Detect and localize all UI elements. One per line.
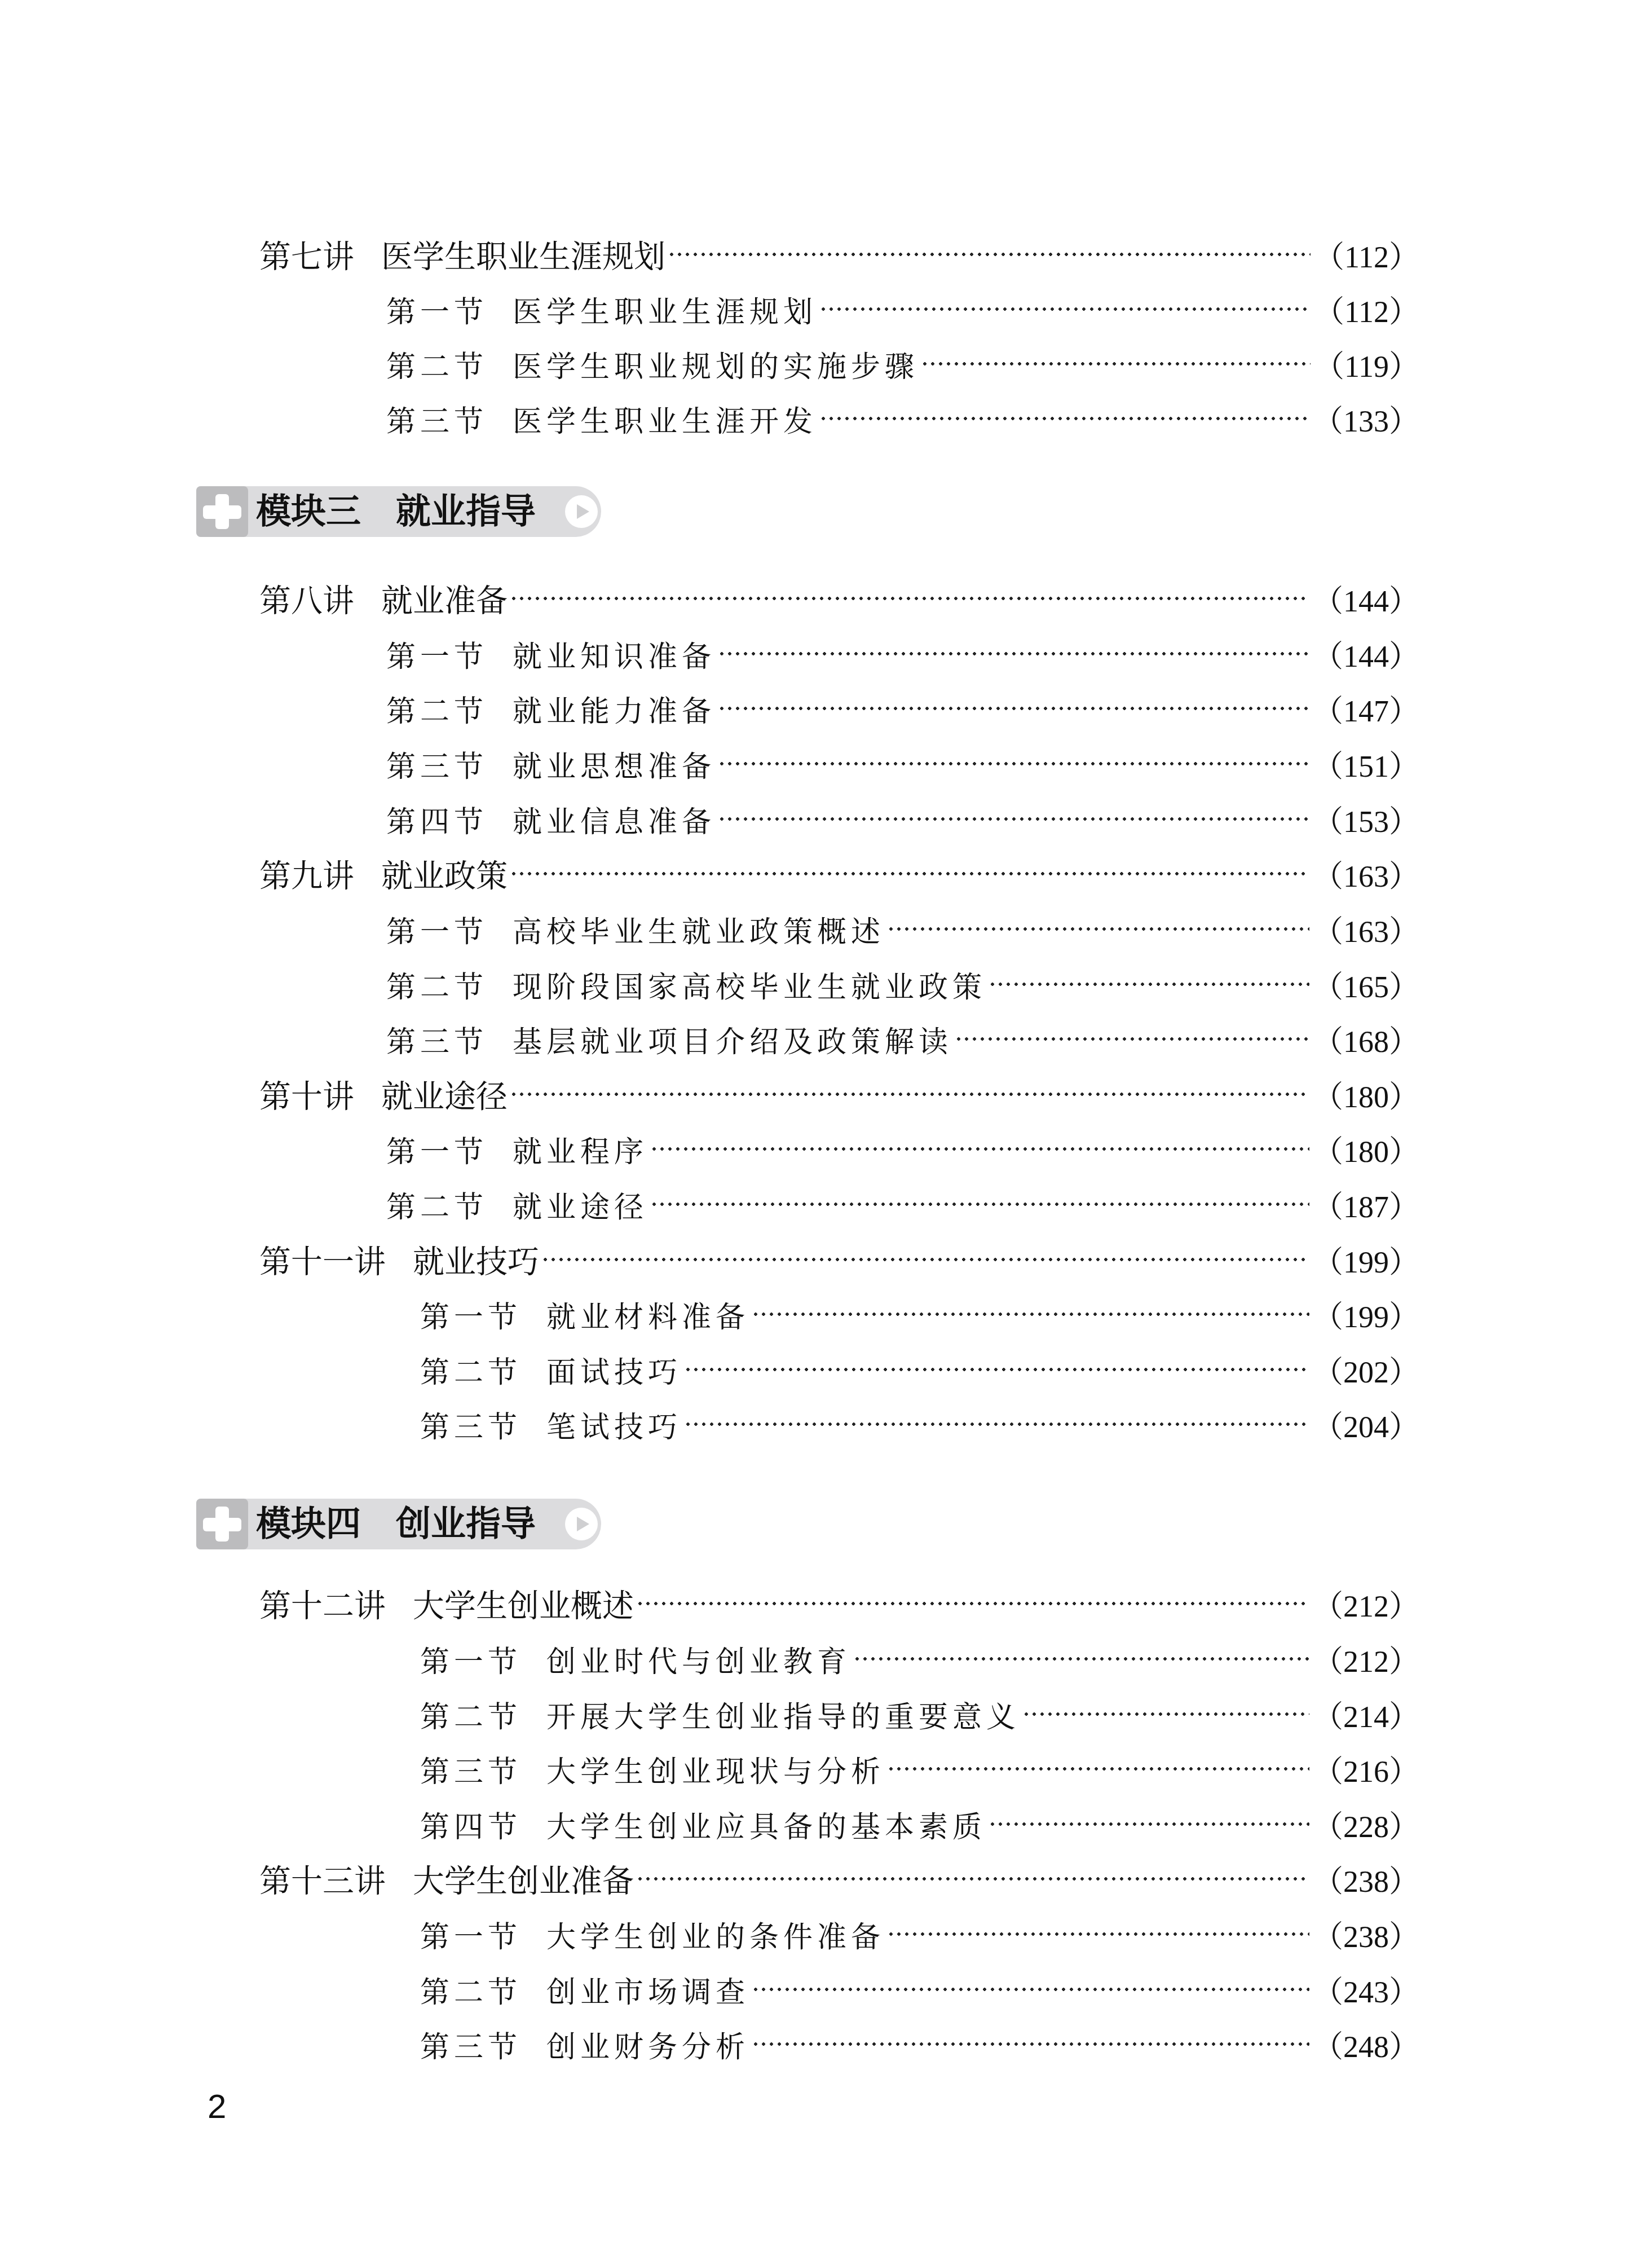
section-title: 第二节创业市场调查 xyxy=(420,1968,749,2011)
toc-entry-section[interactable]: 第二节就业能力准备（147） xyxy=(0,686,1628,731)
page-ref: （228） xyxy=(1313,1803,1419,1846)
section-name: 医学生职业生涯规划 xyxy=(513,296,817,329)
section-number: 第二节 xyxy=(386,350,488,384)
page-ref: （216） xyxy=(1313,1747,1419,1791)
section-name: 就业途径 xyxy=(513,1191,648,1225)
chapter-number: 第八讲 xyxy=(259,583,354,619)
section-number: 第一节 xyxy=(386,915,488,949)
page-ref: （153） xyxy=(1313,798,1419,841)
dot-leader xyxy=(887,906,1309,952)
chapter-name: 大学生创业准备 xyxy=(413,1863,634,1900)
dot-leader xyxy=(718,741,1309,786)
dot-leader xyxy=(955,1016,1309,1062)
chapter-name: 就业途径 xyxy=(381,1078,508,1115)
dot-leader xyxy=(752,1292,1309,1337)
section-name: 面试技巧 xyxy=(546,1356,682,1390)
section-name: 大学生创业应具备的基本素质 xyxy=(546,1811,986,1844)
section-number: 第三节 xyxy=(386,405,488,439)
section-number: 第一节 xyxy=(420,1645,522,1679)
toc-entry-section[interactable]: 第二节开展大学生创业指导的重要意义（214） xyxy=(0,1692,1628,1737)
chapter-number: 第十二讲 xyxy=(259,1588,386,1624)
chapter-number: 第十一讲 xyxy=(259,1244,386,1280)
toc-entry-section[interactable]: 第一节创业时代与创业教育（212） xyxy=(0,1636,1628,1681)
dot-leader xyxy=(1022,1692,1309,1737)
medical-cross-icon xyxy=(196,486,248,537)
page-ref: （147） xyxy=(1313,687,1419,730)
dot-leader xyxy=(718,631,1309,676)
dot-leader xyxy=(718,796,1309,842)
section-number: 第一节 xyxy=(420,1301,522,1335)
toc-entry-chapter[interactable]: 第十二讲大学生创业概述（212） xyxy=(0,1581,1628,1626)
chapter-name: 就业技巧 xyxy=(413,1244,539,1280)
section-title: 第三节创业财务分析 xyxy=(420,2023,749,2066)
section-number: 第四节 xyxy=(386,805,488,839)
chapter-title: 第七讲医学生职业生涯规划 xyxy=(259,232,665,277)
toc-entry-section[interactable]: 第一节就业知识准备（144） xyxy=(0,631,1628,676)
section-title: 第二节医学生职业规划的实施步骤 xyxy=(386,343,919,385)
dot-leader xyxy=(510,851,1309,896)
section-number: 第一节 xyxy=(386,1135,488,1169)
dot-leader xyxy=(684,1347,1309,1392)
section-name: 现阶段国家高校毕业生就业政策 xyxy=(513,971,986,1005)
section-title: 第三节医学生职业生涯开发 xyxy=(386,398,817,440)
section-name: 创业财务分析 xyxy=(546,2031,749,2064)
section-name: 创业市场调查 xyxy=(546,1976,749,2010)
chapter-name: 医学生职业生涯规划 xyxy=(381,239,665,275)
section-number: 第二节 xyxy=(386,695,488,729)
page-ref: （243） xyxy=(1313,1968,1419,2011)
section-name: 高校毕业生就业政策概述 xyxy=(513,915,885,949)
toc-entry-section[interactable]: 第三节就业思想准备（151） xyxy=(0,741,1628,786)
chapter-title: 第十一讲就业技巧 xyxy=(259,1237,539,1282)
page-ref: （212） xyxy=(1313,1637,1419,1681)
dot-leader xyxy=(853,1636,1309,1681)
page-ref: （168） xyxy=(1313,1018,1419,1061)
section-number: 第二节 xyxy=(420,1701,522,1734)
section-name: 创业时代与创业教育 xyxy=(546,1645,851,1679)
toc-entry-section[interactable]: 第四节大学生创业应具备的基本素质（228） xyxy=(0,1802,1628,1847)
toc-entry-section[interactable]: 第二节医学生职业规划的实施步骤（119） xyxy=(0,341,1628,386)
dot-leader xyxy=(636,1581,1309,1626)
section-number: 第三节 xyxy=(420,1755,522,1789)
dot-leader xyxy=(752,1967,1309,2012)
dot-leader xyxy=(650,1126,1309,1172)
dot-leader xyxy=(541,1237,1309,1282)
section-title: 第二节就业能力准备 xyxy=(386,688,716,730)
section-title: 第一节就业知识准备 xyxy=(386,633,716,675)
page-ref: （214） xyxy=(1313,1693,1419,1736)
chapter-title: 第十讲就业途径 xyxy=(259,1072,508,1117)
page-ref: （180） xyxy=(1313,1128,1419,1171)
page-ref: （248） xyxy=(1313,2023,1419,2066)
section-number: 第一节 xyxy=(386,640,488,674)
chapter-number: 第七讲 xyxy=(259,239,354,275)
dot-leader xyxy=(989,1802,1309,1847)
toc-entry-chapter[interactable]: 第十一讲就业技巧（199） xyxy=(0,1237,1628,1282)
module-title: 模块四 创业指导 xyxy=(256,1499,536,1549)
chapter-name: 就业准备 xyxy=(381,583,508,619)
medical-cross-icon xyxy=(196,1499,248,1549)
section-name: 就业信息准备 xyxy=(513,805,716,839)
page-number: 2 xyxy=(208,2087,226,2126)
dot-leader xyxy=(510,576,1309,621)
dot-leader xyxy=(921,341,1311,386)
section-name: 就业材料准备 xyxy=(546,1301,749,1335)
dot-leader xyxy=(752,2022,1309,2067)
section-title: 第一节医学生职业生涯规划 xyxy=(386,288,817,331)
section-title: 第三节就业思想准备 xyxy=(386,743,716,785)
section-number: 第三节 xyxy=(420,2031,522,2064)
toc-entry-chapter[interactable]: 第八讲就业准备（144） xyxy=(0,576,1628,621)
dot-leader xyxy=(819,396,1309,441)
toc-entry-section[interactable]: 第三节医学生职业生涯开发（133） xyxy=(0,396,1628,441)
page-ref: （163） xyxy=(1313,852,1419,896)
dot-leader xyxy=(650,1182,1309,1227)
module-header-4: 模块四 创业指导 xyxy=(196,1499,601,1549)
page-ref: （180） xyxy=(1313,1073,1419,1116)
section-number: 第一节 xyxy=(386,296,488,329)
chapter-title: 第十三讲大学生创业准备 xyxy=(259,1856,634,1901)
section-name: 就业知识准备 xyxy=(513,640,716,674)
section-number: 第二节 xyxy=(420,1356,522,1390)
dot-leader xyxy=(887,1746,1309,1791)
page-ref: （187） xyxy=(1313,1183,1419,1226)
page-ref: （112） xyxy=(1314,288,1419,331)
page-ref: （144） xyxy=(1313,577,1419,620)
section-name: 就业思想准备 xyxy=(513,750,716,784)
page-ref: （199） xyxy=(1313,1238,1419,1281)
chapter-number: 第十三讲 xyxy=(259,1863,386,1900)
dot-leader xyxy=(887,1912,1309,1957)
section-number: 第二节 xyxy=(386,971,488,1005)
play-arrow-icon xyxy=(565,1508,598,1540)
toc-entry-chapter[interactable]: 第十三讲大学生创业准备（238） xyxy=(0,1856,1628,1901)
section-name: 医学生职业生涯开发 xyxy=(513,405,817,439)
section-title: 第一节就业程序 xyxy=(386,1128,648,1170)
toc-entry-section[interactable]: 第三节笔试技巧（204） xyxy=(0,1402,1628,1447)
toc-entry-section[interactable]: 第三节大学生创业现状与分析（216） xyxy=(0,1746,1628,1791)
section-number: 第三节 xyxy=(386,1025,488,1059)
section-title: 第三节基层就业项目介绍及政策解读 xyxy=(386,1018,952,1060)
section-name: 就业程序 xyxy=(513,1135,648,1169)
chapter-title: 第九讲就业政策 xyxy=(259,851,508,896)
module-title: 模块三 就业指导 xyxy=(256,486,536,537)
section-title: 第二节开展大学生创业指导的重要意义 xyxy=(420,1693,1020,1736)
page-ref: （199） xyxy=(1313,1293,1419,1336)
dot-leader xyxy=(510,1072,1309,1117)
section-title: 第二节就业途径 xyxy=(386,1183,648,1226)
toc-entry-chapter[interactable]: 第十讲就业途径（180） xyxy=(0,1072,1628,1117)
page-ref: （163） xyxy=(1313,908,1419,951)
section-title: 第四节大学生创业应具备的基本素质 xyxy=(420,1803,986,1846)
section-title: 第一节创业时代与创业教育 xyxy=(420,1638,851,1680)
toc-entry-section[interactable]: 第二节创业市场调查（243） xyxy=(0,1967,1628,2012)
toc-entry-section[interactable]: 第二节面试技巧（202） xyxy=(0,1347,1628,1392)
section-number: 第二节 xyxy=(420,1976,522,2010)
toc-entry-section[interactable]: 第一节就业程序（180） xyxy=(0,1126,1628,1172)
toc-entry-section[interactable]: 第二节就业途径（187） xyxy=(0,1182,1628,1227)
section-number: 第二节 xyxy=(386,1191,488,1225)
toc-entry-section[interactable]: 第二节现阶段国家高校毕业生就业政策（165） xyxy=(0,962,1628,1007)
section-name: 大学生创业现状与分析 xyxy=(546,1755,885,1789)
section-title: 第二节现阶段国家高校毕业生就业政策 xyxy=(386,963,986,1006)
play-arrow-icon xyxy=(565,495,598,528)
section-title: 第一节高校毕业生就业政策概述 xyxy=(386,908,885,950)
section-title: 第一节大学生创业的条件准备 xyxy=(420,1913,885,1956)
page-ref: （133） xyxy=(1313,397,1419,441)
section-name: 基层就业项目介绍及政策解读 xyxy=(513,1025,952,1059)
page-ref: （144） xyxy=(1313,632,1419,676)
toc-entry-section[interactable]: 第一节高校毕业生就业政策概述（163） xyxy=(0,906,1628,952)
section-name: 就业能力准备 xyxy=(513,695,716,729)
page-ref: （202） xyxy=(1313,1348,1419,1391)
page-ref: （238） xyxy=(1313,1913,1419,1956)
section-number: 第四节 xyxy=(420,1811,522,1844)
dot-leader xyxy=(684,1402,1309,1447)
toc-entry-section[interactable]: 第三节基层就业项目介绍及政策解读（168） xyxy=(0,1016,1628,1062)
toc-entry-section[interactable]: 第四节就业信息准备（153） xyxy=(0,796,1628,842)
chapter-title: 第八讲就业准备 xyxy=(259,576,508,621)
page-ref: （204） xyxy=(1313,1403,1419,1446)
toc-entry-section[interactable]: 第一节就业材料准备（199） xyxy=(0,1292,1628,1337)
chapter-title: 第十二讲大学生创业概述 xyxy=(259,1581,634,1626)
section-name: 大学生创业的条件准备 xyxy=(546,1921,885,1954)
page-ref: （151） xyxy=(1313,742,1419,786)
toc-entry-chapter[interactable]: 第七讲医学生职业生涯规划（112） xyxy=(0,232,1628,277)
section-name: 医学生职业规划的实施步骤 xyxy=(513,350,919,384)
page-ref: （112） xyxy=(1314,233,1419,276)
page-ref: （165） xyxy=(1313,963,1419,1006)
dot-leader xyxy=(819,287,1311,332)
section-title: 第一节就业材料准备 xyxy=(420,1293,749,1336)
section-title: 第二节面试技巧 xyxy=(420,1349,682,1391)
page-ref: （238） xyxy=(1313,1857,1419,1901)
dot-leader xyxy=(989,962,1309,1007)
section-number: 第三节 xyxy=(386,750,488,784)
dot-leader xyxy=(718,686,1309,731)
chapter-name: 就业政策 xyxy=(381,858,508,895)
page-ref: （212） xyxy=(1313,1582,1419,1626)
dot-leader xyxy=(668,232,1311,277)
chapter-name: 大学生创业概述 xyxy=(413,1588,634,1624)
chapter-number: 第十讲 xyxy=(259,1078,354,1115)
toc-entry-section[interactable]: 第一节大学生创业的条件准备（238） xyxy=(0,1912,1628,1957)
section-name: 开展大学生创业指导的重要意义 xyxy=(546,1701,1020,1734)
page-ref: （119） xyxy=(1314,342,1419,386)
section-name: 笔试技巧 xyxy=(546,1411,682,1445)
toc-entry-chapter[interactable]: 第九讲就业政策（163） xyxy=(0,851,1628,896)
chapter-number: 第九讲 xyxy=(259,858,354,895)
section-number: 第一节 xyxy=(420,1921,522,1954)
module-header-3: 模块三 就业指导 xyxy=(196,486,601,537)
dot-leader xyxy=(636,1856,1309,1901)
section-number: 第三节 xyxy=(420,1411,522,1445)
section-title: 第四节就业信息准备 xyxy=(386,798,716,840)
section-title: 第三节笔试技巧 xyxy=(420,1403,682,1446)
toc-entry-section[interactable]: 第三节创业财务分析（248） xyxy=(0,2022,1628,2067)
toc-entry-section[interactable]: 第一节医学生职业生涯规划（112） xyxy=(0,287,1628,332)
section-title: 第三节大学生创业现状与分析 xyxy=(420,1748,885,1790)
